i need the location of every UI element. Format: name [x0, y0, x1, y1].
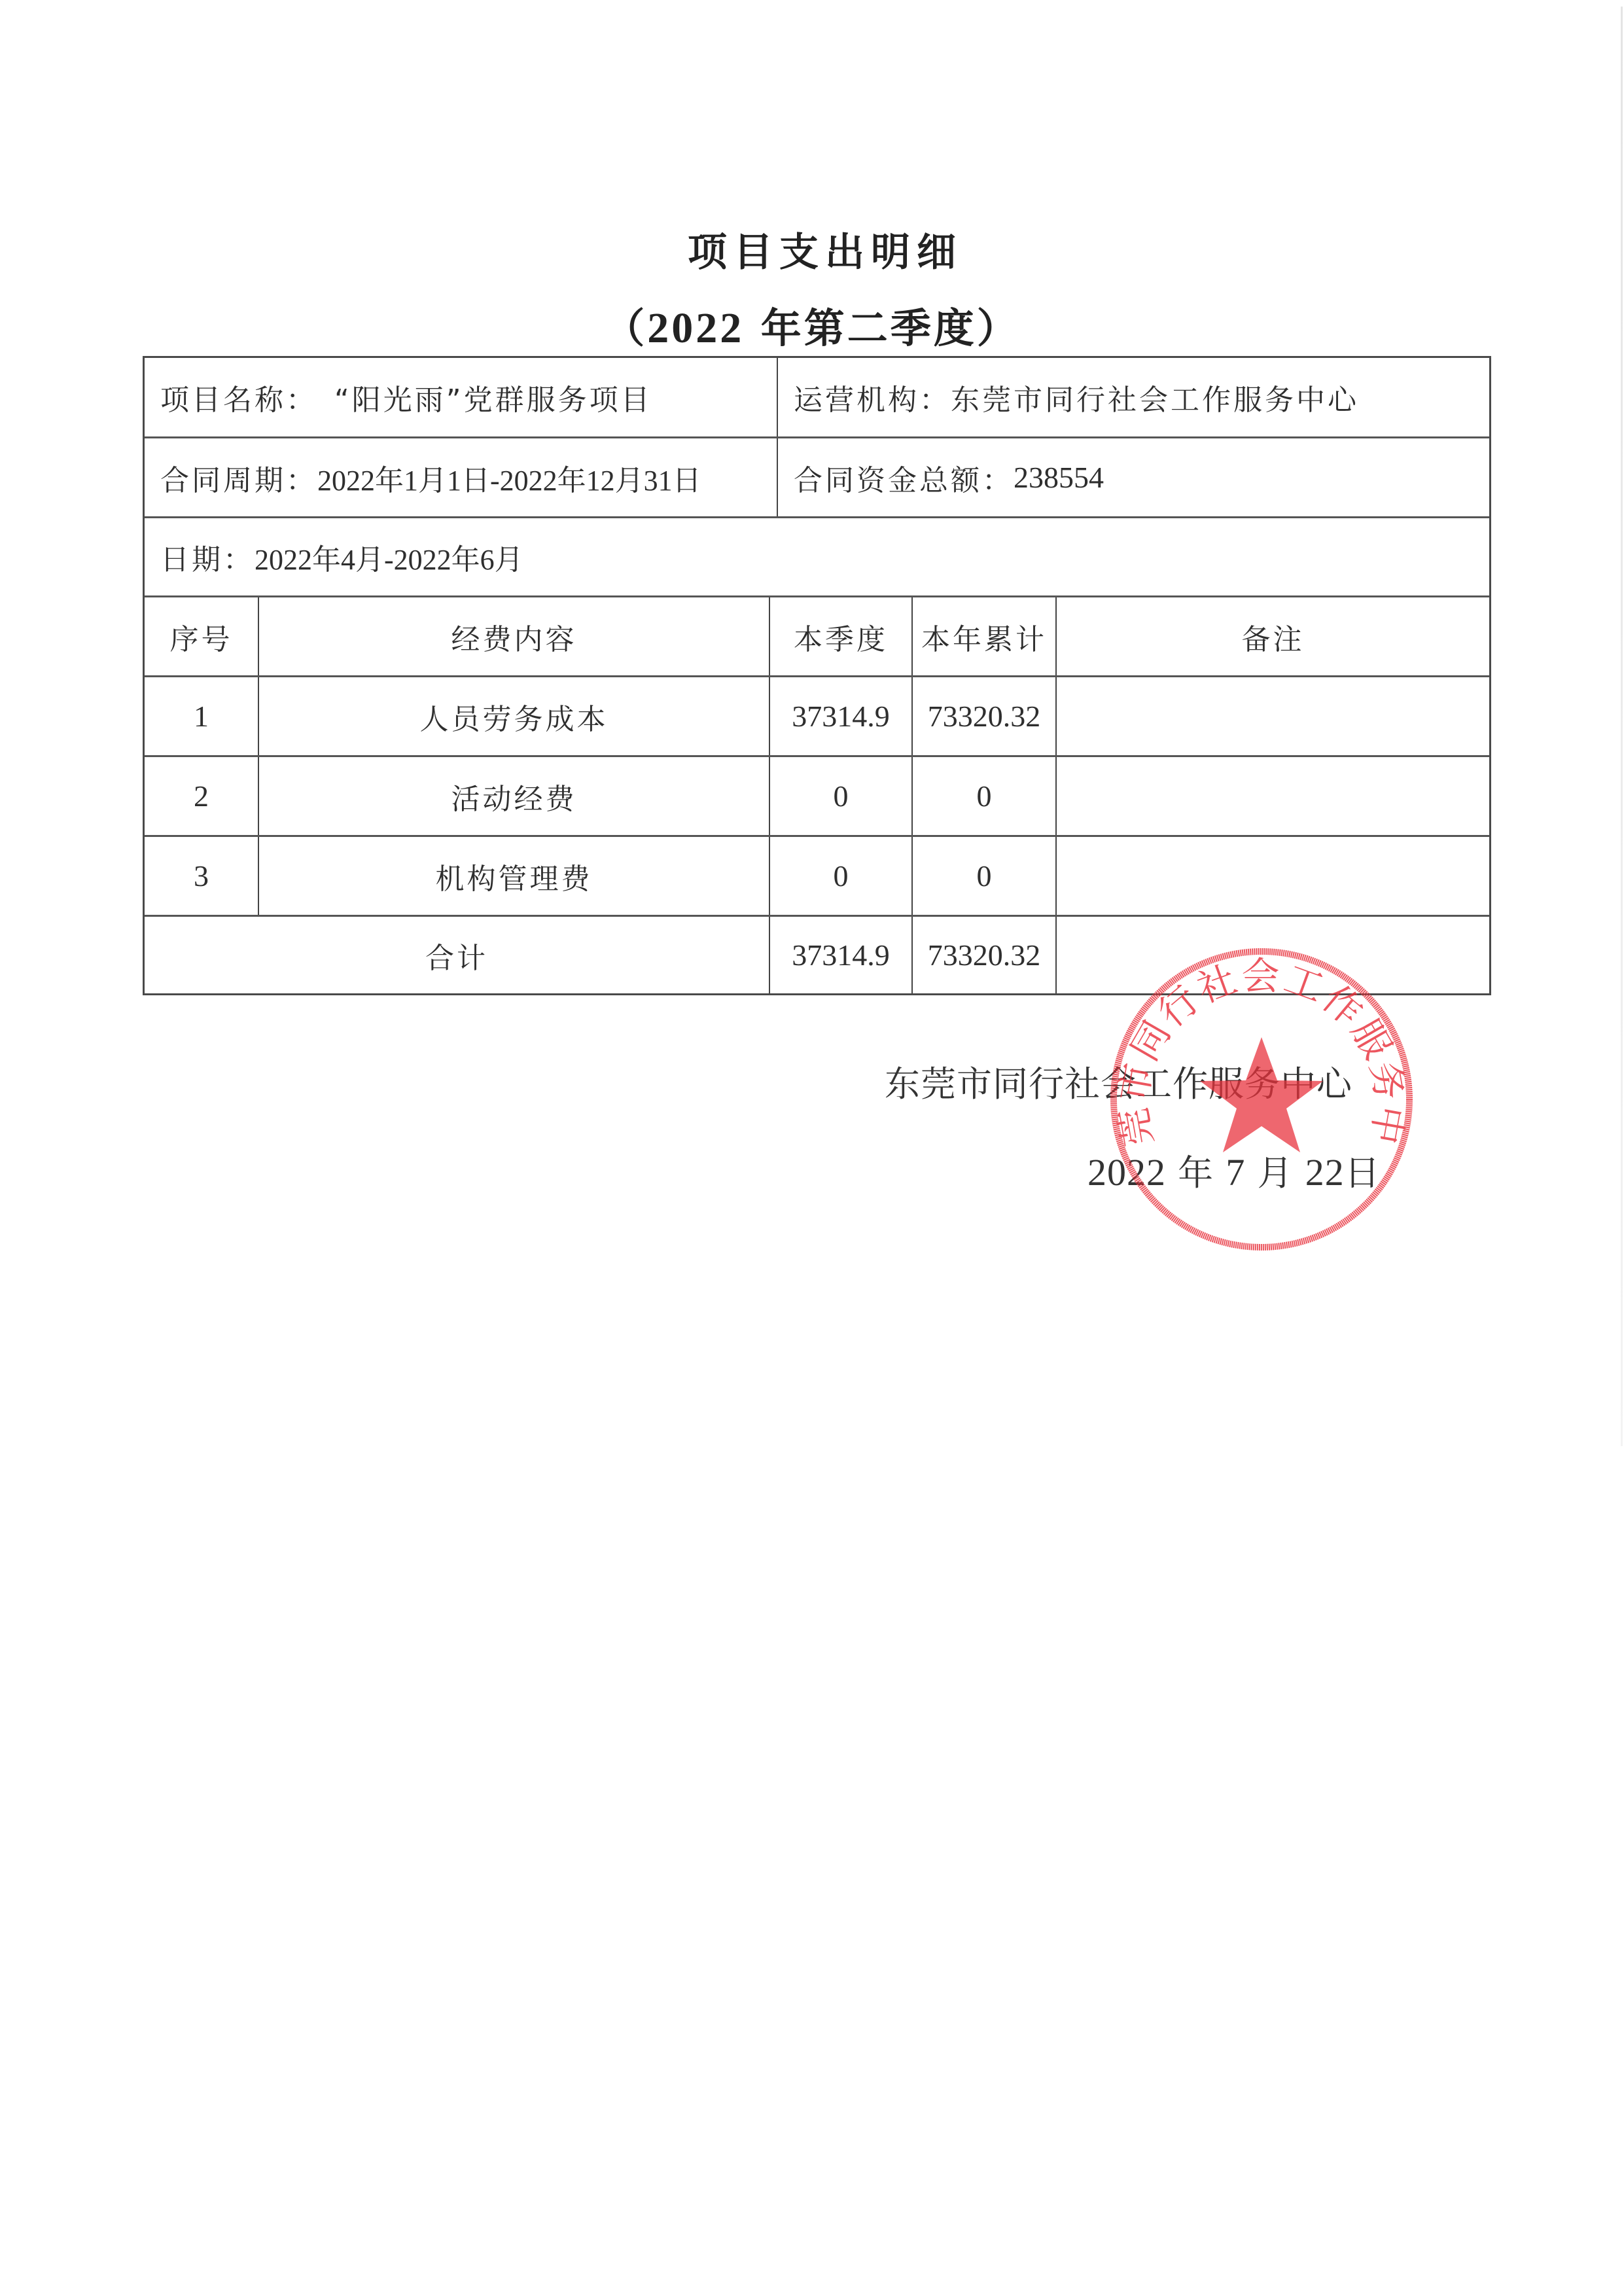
signature-date-year-suffix: 年 — [1166, 1152, 1226, 1194]
header-item: 经费内容 — [258, 597, 769, 675]
signature-date-day-suffix: 日 — [1345, 1152, 1381, 1194]
signature-date: 2022 年 7 月 22日 — [1087, 1145, 1381, 1196]
signature-date-day: 22 — [1305, 1151, 1345, 1194]
contract-total-value: 238554 — [1014, 460, 1104, 495]
subtitle-year: 2022 — [647, 304, 744, 352]
project-name-value: “阳光雨”党群服务项目 — [334, 376, 652, 418]
date-cell: 日期： 2022年4月-2022年6月 — [145, 518, 1489, 595]
total-quarter: 37314.9 — [769, 917, 911, 993]
row-ytd: 73320.32 — [911, 677, 1055, 755]
signature-date-month: 7 — [1226, 1151, 1245, 1194]
row-item: 机构管理费 — [258, 837, 769, 915]
date-value: 2022年4月-2022年6月 — [255, 536, 523, 578]
table-row: 1 人员劳务成本 37314.9 73320.32 — [145, 677, 1489, 757]
row-no: 3 — [145, 837, 258, 915]
subtitle-open-paren: （ — [604, 304, 647, 352]
row-note — [1055, 837, 1489, 915]
row-ytd: 0 — [911, 837, 1055, 915]
table-header-row: 序号 经费内容 本季度 本年累计 备注 — [145, 597, 1489, 677]
info-row-project: 项目名称： “阳光雨”党群服务项目 运营机构： 东莞市同行社会工作服务中心 — [145, 358, 1489, 438]
row-quarter: 0 — [769, 837, 911, 915]
subtitle-text: 年第二季度 — [744, 304, 977, 352]
row-no: 2 — [145, 757, 258, 835]
table-total-row: 合计 37314.9 73320.32 — [145, 917, 1489, 993]
table-row: 3 机构管理费 0 0 — [145, 837, 1489, 917]
date-label: 日期： — [160, 536, 255, 578]
operator-value: 东莞市同行社会工作服务中心 — [951, 376, 1359, 418]
info-row-date: 日期： 2022年4月-2022年6月 — [145, 518, 1489, 597]
row-quarter: 0 — [769, 757, 911, 835]
table-row: 2 活动经费 0 0 — [145, 757, 1489, 837]
info-row-contract: 合同周期： 2022年1月1日-2022年12月31日 合同资金总额： 2385… — [145, 438, 1489, 518]
row-item: 人员劳务成本 — [258, 677, 769, 755]
row-no: 1 — [145, 677, 258, 755]
total-label: 合计 — [145, 917, 769, 993]
subtitle-close-paren: ） — [977, 304, 1020, 352]
page-title: 项目支出明细 — [0, 221, 1624, 277]
total-ytd: 73320.32 — [911, 917, 1055, 993]
total-note — [1055, 917, 1489, 993]
header-note: 备注 — [1055, 597, 1489, 675]
header-quarter: 本季度 — [769, 597, 911, 675]
signature-organization: 东莞市同行社会工作服务中心 — [885, 1056, 1352, 1107]
header-ytd: 本年累计 — [911, 597, 1055, 675]
contract-period-value: 2022年1月1日-2022年12月31日 — [317, 457, 701, 499]
operator-cell: 运营机构： 东莞市同行社会工作服务中心 — [777, 358, 1489, 436]
contract-total-cell: 合同资金总额： 238554 — [777, 438, 1489, 516]
row-note — [1055, 757, 1489, 835]
operator-label: 运营机构： — [794, 376, 951, 418]
row-quarter: 37314.9 — [769, 677, 911, 755]
row-ytd: 0 — [911, 757, 1055, 835]
expense-table: 项目名称： “阳光雨”党群服务项目 运营机构： 东莞市同行社会工作服务中心 合同… — [143, 356, 1491, 995]
row-note — [1055, 677, 1489, 755]
contract-period-label: 合同周期： — [160, 457, 317, 499]
contract-total-label: 合同资金总额： — [794, 457, 1014, 499]
project-name-cell: 项目名称： “阳光雨”党群服务项目 — [145, 358, 777, 436]
header-no: 序号 — [145, 597, 258, 675]
row-item: 活动经费 — [258, 757, 769, 835]
project-name-label: 项目名称： — [160, 376, 317, 418]
signature-date-month-suffix: 月 — [1245, 1152, 1305, 1194]
signature-date-year: 2022 — [1087, 1151, 1166, 1194]
page-subtitle: （2022 年第二季度） — [0, 296, 1624, 354]
contract-period-cell: 合同周期： 2022年1月1日-2022年12月31日 — [145, 438, 777, 516]
